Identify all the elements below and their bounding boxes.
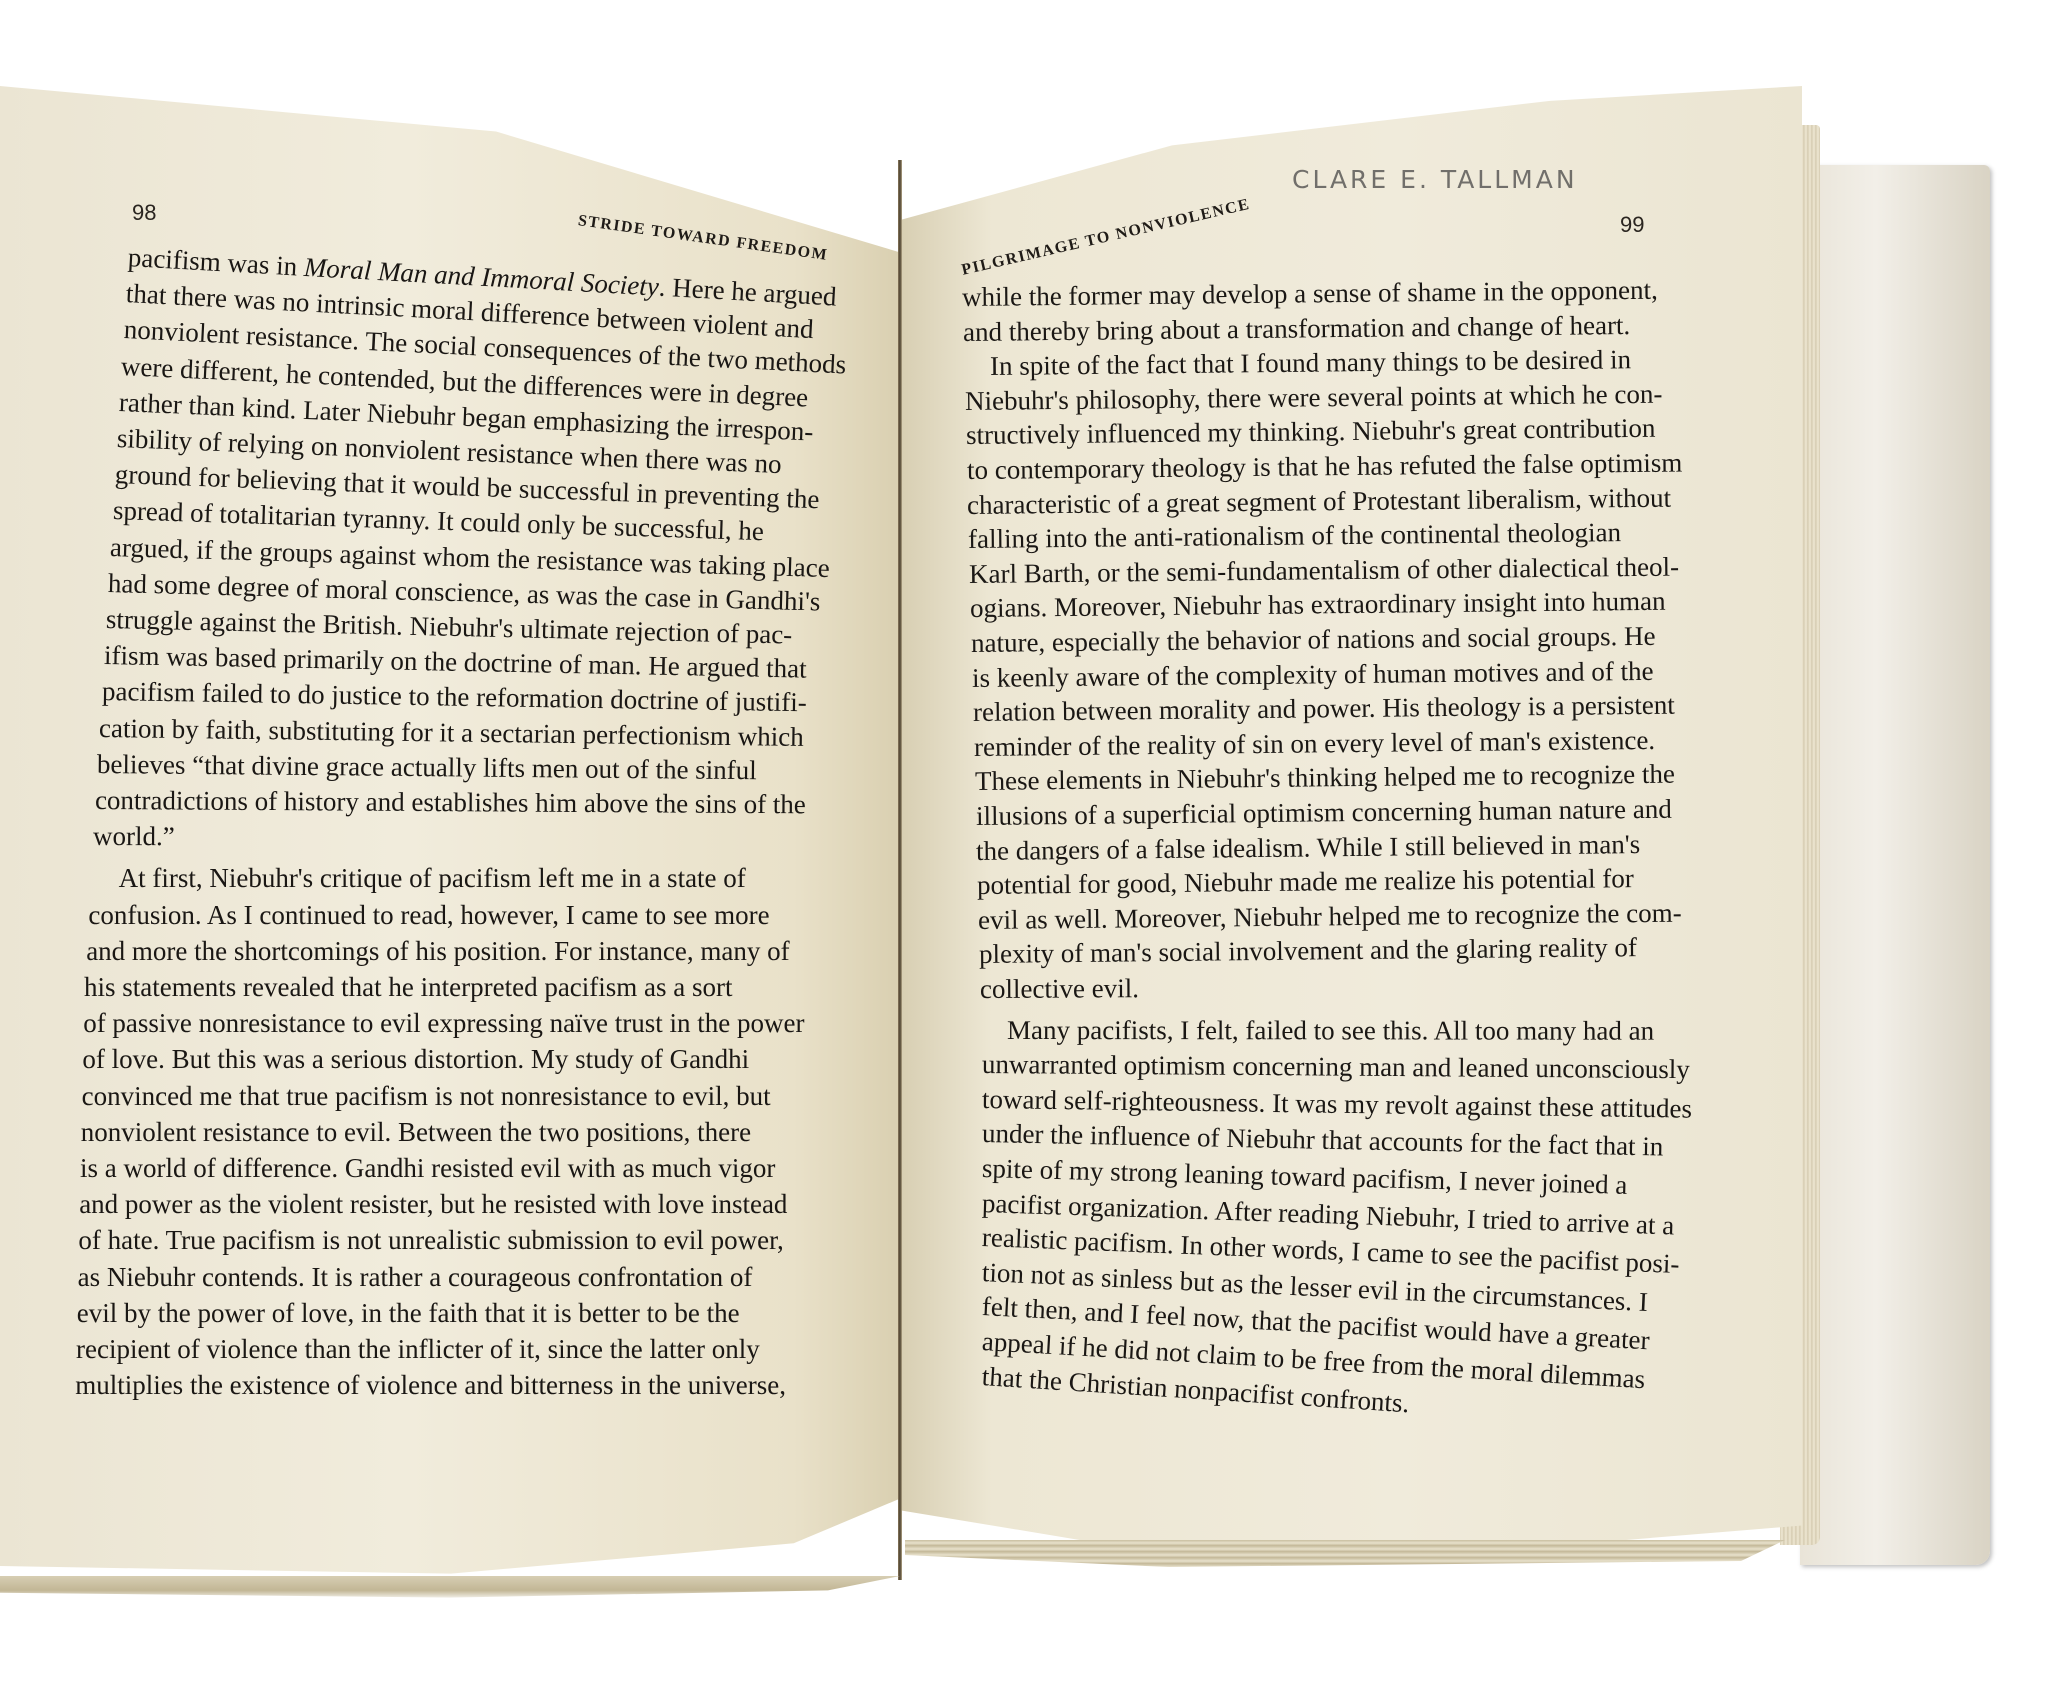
left-text-line: confusion. As I continued to read, howev… [88,900,817,930]
left-text-line: convinced me that true pacifism is not n… [82,1081,819,1111]
left-text-line: his statements revealed that he interpre… [84,972,816,1002]
right-page-bottom-edge [905,1540,1785,1570]
left-text-line: recipient of violence than the inflicter… [76,1334,824,1364]
left-text-line: as Niebuhr contends. It is rather a cour… [78,1262,823,1292]
left-text-line: of passive nonresistance to evil express… [83,1008,817,1038]
owner-stamp: CLARE E. TALLMAN [1292,165,1578,194]
left-text-line: multiplies the existence of violence and… [75,1370,825,1400]
left-text-line: of hate. True pacifism is not unrealisti… [78,1225,821,1255]
right-text-line: and thereby bring about a transformation… [963,310,1631,347]
left-page-number: 98 [132,200,156,226]
right-text-line: collective evil. [980,973,1139,1004]
left-text-line: contradictions of history and establishe… [95,785,819,819]
open-book-photo: 98 STRIDE TOWARD FREEDOM CLARE E. TALLMA… [0,0,2048,1682]
left-text-line: world.” [93,821,819,853]
left-text-line: of love. But this was a serious distorti… [82,1044,817,1074]
left-page-bottom-edge [0,1576,900,1600]
left-text-line: nonviolent resistance to evil. Between t… [81,1117,819,1147]
left-text-line: and more the shortcomings of his positio… [86,936,816,966]
book-gutter [898,160,902,1580]
right-text-line: Many pacifists, I felt, failed to see th… [1007,1015,1654,1046]
left-text-line: evil by the power of love, in the faith … [77,1298,823,1328]
left-text-line: is a world of difference. Gandhi resiste… [80,1153,820,1183]
right-text-line: unwarranted optimism concerning man and … [982,1049,1690,1084]
right-text-line: the dangers of a false idealism. While I… [976,829,1640,866]
right-page-number: 99 [1620,212,1644,238]
left-text-line: and power as the violent resister, but h… [79,1189,821,1219]
left-text-line: At first, Niebuhr's critique of pacifism… [119,863,846,893]
book-cover-edge [1800,165,1990,1565]
